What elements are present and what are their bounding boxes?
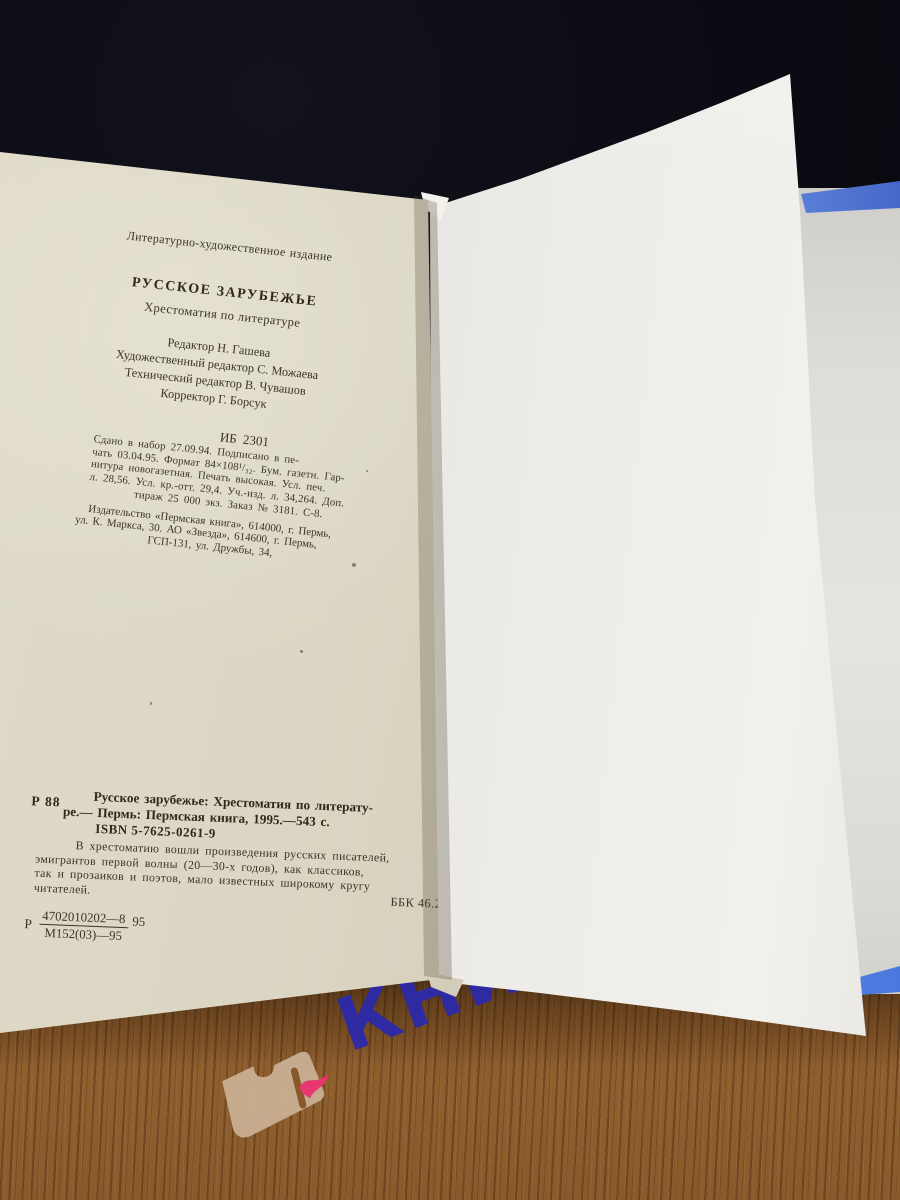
colophon-upper-block: Литературно-художественное издание РУССК… <box>0 202 454 576</box>
print-code-denominator: М152(03)—95 <box>38 925 128 944</box>
print-code-fraction: 4702010202—8 М152(03)—95 <box>38 909 128 944</box>
paper-speck <box>150 702 152 705</box>
book-photo: КНИ Литературно-художественное издание Р… <box>0 0 900 1200</box>
paper-speck <box>300 650 303 653</box>
catalog-card-block: Р 88 Русское зарубежье: Хрестоматия по л… <box>18 786 464 957</box>
logo-card-shape <box>219 1049 330 1140</box>
print-code-prefix: Р <box>24 916 32 932</box>
catalog-code: Р 88 <box>31 793 61 810</box>
print-code-year: 95 <box>132 914 145 930</box>
print-run-code: Р 4702010202—8 М152(03)—95 95 <box>24 909 459 957</box>
